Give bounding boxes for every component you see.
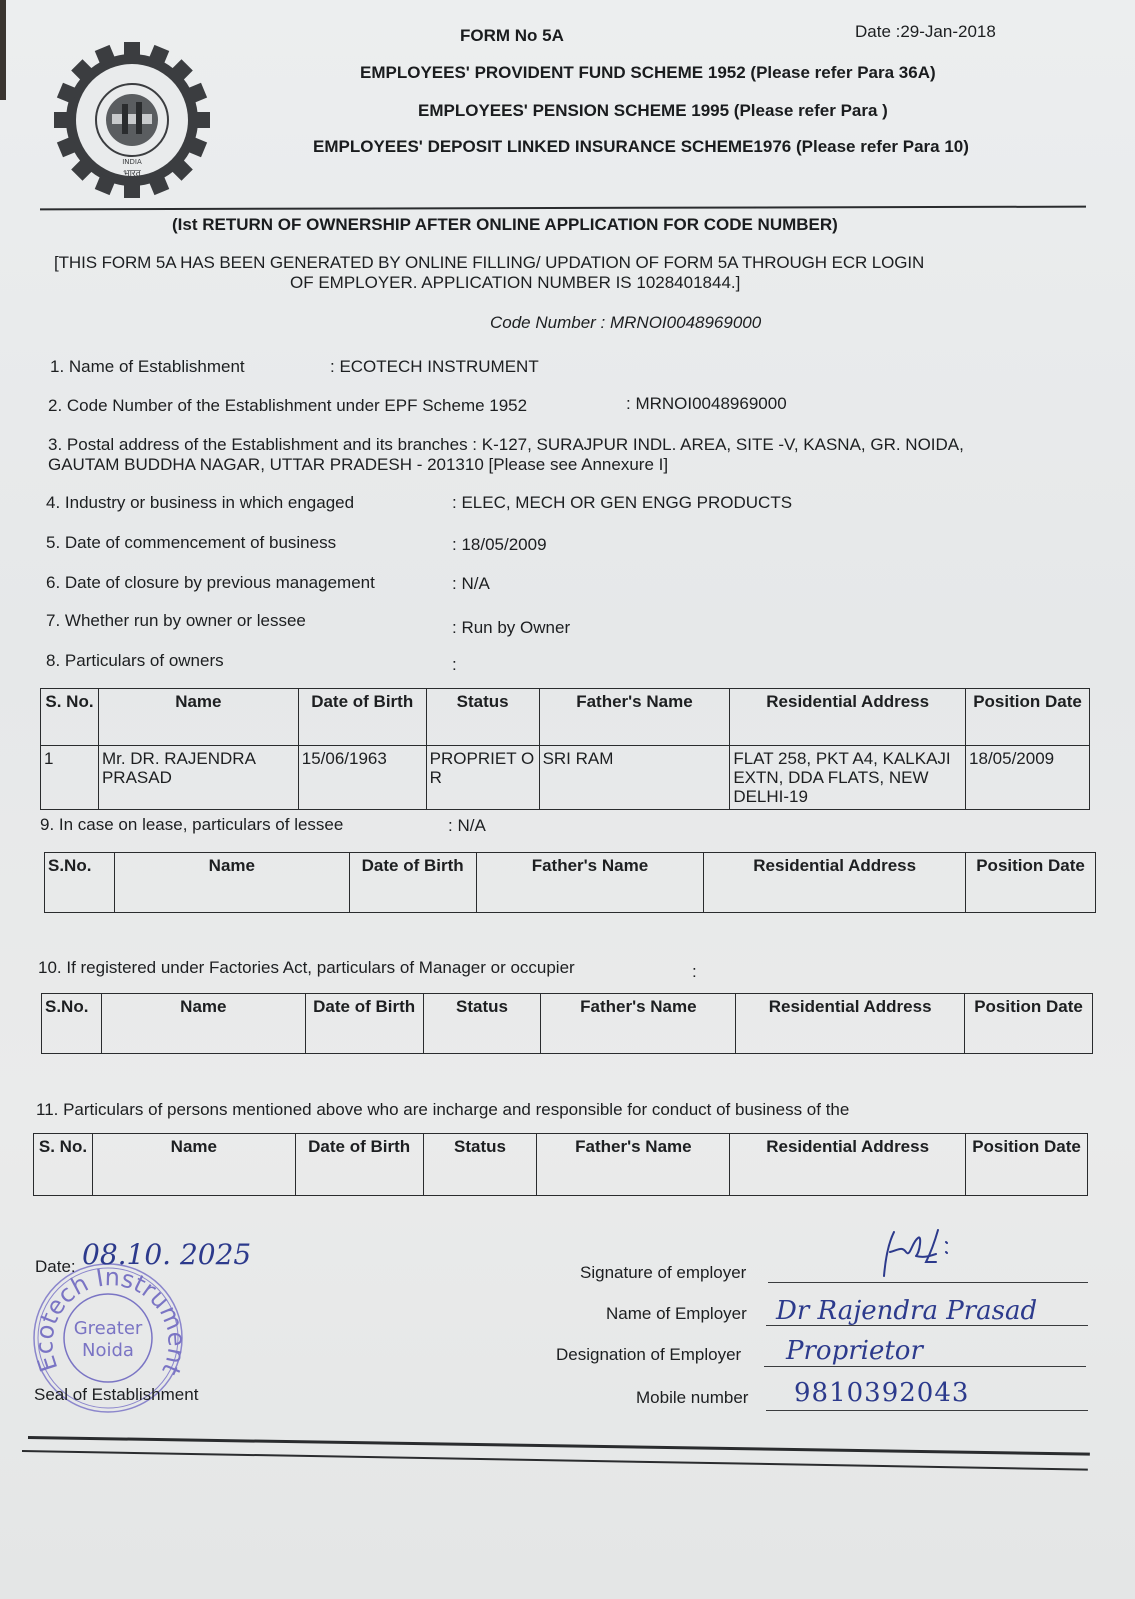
col-header-father-name: Father's Name bbox=[541, 994, 736, 1054]
col-header-dob: Date of Birth bbox=[349, 853, 476, 913]
form-number: FORM No 5A bbox=[460, 26, 564, 46]
factories-label: 10. If registered under Factories Act, p… bbox=[38, 958, 575, 978]
col-header-dob: Date of Birth bbox=[295, 1134, 423, 1196]
col-header-address: Residential Address bbox=[730, 1134, 966, 1196]
cell-status: PROPRIET OR bbox=[426, 746, 539, 810]
col-header-position-date: Position Date bbox=[966, 689, 1090, 746]
col-header-status: Status bbox=[423, 994, 541, 1054]
col-header-sno: S. No. bbox=[34, 1134, 93, 1196]
signature-ink-icon bbox=[876, 1222, 966, 1280]
factories-value: : bbox=[692, 962, 697, 982]
signature-line bbox=[768, 1282, 1088, 1283]
table-row: 1 Mr. DR. RAJENDRA PRASAD 15/06/1963 PRO… bbox=[41, 746, 1090, 810]
form-page: INDIA भारत FORM No 5A Date :29-Jan-2018 … bbox=[0, 0, 1135, 1599]
field-label-postal-address: 3. Postal address of the Establishment a… bbox=[48, 435, 964, 455]
field-label-owners: 8. Particulars of owners bbox=[46, 651, 224, 671]
form-subtitle: (Ist RETURN OF OWNERSHIP AFTER ONLINE AP… bbox=[172, 215, 838, 235]
mobile-label: Mobile number bbox=[636, 1388, 748, 1408]
lessee-table: S.No. Name Date of Birth Father's Name R… bbox=[44, 852, 1096, 913]
cell-dob: 15/06/1963 bbox=[298, 746, 426, 810]
lessee-label: 9. In case on lease, particulars of less… bbox=[40, 815, 343, 835]
generation-notice-line2: OF EMPLOYER. APPLICATION NUMBER IS 10284… bbox=[290, 273, 740, 293]
employer-name-label: Name of Employer bbox=[606, 1304, 747, 1324]
field-label-industry: 4. Industry or business in which engaged bbox=[46, 493, 354, 513]
col-header-sno: S.No. bbox=[42, 994, 102, 1054]
code-number: Code Number : MRNOI0048969000 bbox=[490, 313, 761, 333]
field-value-postal-address: GAUTAM BUDDHA NAGAR, UTTAR PRADESH - 201… bbox=[48, 455, 668, 475]
field-value-industry: : ELEC, MECH OR GEN ENGG PRODUCTS bbox=[452, 493, 792, 513]
col-header-sno: S.No. bbox=[45, 853, 115, 913]
field-label-run-by: 7. Whether run by owner or lessee bbox=[46, 611, 306, 631]
field-value-code-number: : MRNOI0048969000 bbox=[626, 394, 787, 414]
svg-text:भारत: भारत bbox=[123, 169, 141, 179]
employer-name-handwritten: Dr Rajendra Prasad bbox=[776, 1296, 1037, 1326]
col-header-status: Status bbox=[423, 1134, 537, 1196]
col-header-address: Residential Address bbox=[736, 994, 965, 1054]
col-header-name: Name bbox=[114, 853, 349, 913]
col-header-address: Residential Address bbox=[704, 853, 966, 913]
incharge-table-header: S. No. Name Date of Birth Status Father'… bbox=[34, 1134, 1088, 1196]
scheme-line-edli: EMPLOYEES' DEPOSIT LINKED INSURANCE SCHE… bbox=[313, 137, 969, 157]
designation-handwritten: Proprietor bbox=[786, 1336, 923, 1366]
cell-father-name: SRI RAM bbox=[539, 746, 730, 810]
owners-table-header: S. No. Name Date of Birth Status Father'… bbox=[41, 689, 1090, 746]
date-handwritten-value: 08.10. 2025 bbox=[82, 1238, 251, 1271]
col-header-position-date: Position Date bbox=[966, 853, 1096, 913]
field-value-closure-date: : N/A bbox=[452, 574, 490, 594]
col-header-father-name: Father's Name bbox=[539, 689, 730, 746]
svg-text:INDIA: INDIA bbox=[122, 158, 142, 166]
lessee-value: : N/A bbox=[448, 816, 486, 836]
designation-label: Designation of Employer bbox=[556, 1345, 741, 1365]
field-value-owners: : bbox=[452, 655, 457, 675]
field-value-commencement-date: : 18/05/2009 bbox=[452, 535, 547, 555]
field-label-establishment-name: 1. Name of Establishment bbox=[50, 357, 245, 377]
mobile-handwritten: 9810392043 bbox=[794, 1378, 969, 1408]
seal-center-line2: Noida bbox=[82, 1340, 134, 1361]
cell-name: Mr. DR. RAJENDRA PRASAD bbox=[98, 746, 298, 810]
factories-table-header: S.No. Name Date of Birth Status Father's… bbox=[42, 994, 1093, 1054]
field-value-run-by: : Run by Owner bbox=[452, 618, 570, 638]
col-header-address: Residential Address bbox=[730, 689, 966, 746]
col-header-position-date: Position Date bbox=[965, 994, 1093, 1054]
mobile-line bbox=[766, 1410, 1088, 1411]
designation-line bbox=[764, 1366, 1086, 1367]
col-header-dob: Date of Birth bbox=[305, 994, 423, 1054]
factories-table: S.No. Name Date of Birth Status Father's… bbox=[41, 993, 1093, 1054]
col-header-father-name: Father's Name bbox=[476, 853, 704, 913]
field-label-commencement-date: 5. Date of commencement of business bbox=[46, 533, 336, 553]
incharge-label: 11. Particulars of persons mentioned abo… bbox=[36, 1100, 849, 1120]
col-header-sno: S. No. bbox=[41, 689, 99, 746]
scheme-line-epf: EMPLOYEES' PROVIDENT FUND SCHEME 1952 (P… bbox=[360, 63, 936, 83]
field-label-code-number: 2. Code Number of the Establishment unde… bbox=[48, 396, 527, 416]
cell-address: FLAT 258, PKT A4, KALKAJI EXTN, DDA FLAT… bbox=[730, 746, 966, 810]
seal-label: Seal of Establishment bbox=[34, 1385, 198, 1405]
date-label: Date: bbox=[35, 1257, 76, 1277]
generation-notice-line1: [THIS FORM 5A HAS BEEN GENERATED BY ONLI… bbox=[54, 253, 924, 273]
col-header-status: Status bbox=[426, 689, 539, 746]
col-header-dob: Date of Birth bbox=[298, 689, 426, 746]
page-edge-shadow bbox=[0, 0, 6, 100]
epfo-emblem-icon: INDIA भारत bbox=[52, 40, 212, 200]
field-label-closure-date: 6. Date of closure by previous managemen… bbox=[46, 573, 375, 593]
col-header-name: Name bbox=[101, 994, 305, 1054]
signature-label: Signature of employer bbox=[580, 1263, 746, 1283]
form-date: Date :29-Jan-2018 bbox=[855, 22, 996, 42]
col-header-position-date: Position Date bbox=[966, 1134, 1088, 1196]
owners-table: S. No. Name Date of Birth Status Father'… bbox=[40, 688, 1090, 810]
cell-sno: 1 bbox=[41, 746, 99, 810]
seal-center-line1: Greater bbox=[74, 1318, 143, 1339]
incharge-table: S. No. Name Date of Birth Status Father'… bbox=[33, 1133, 1088, 1196]
cell-position-date: 18/05/2009 bbox=[966, 746, 1090, 810]
col-header-father-name: Father's Name bbox=[537, 1134, 730, 1196]
field-value-establishment-name: : ECOTECH INSTRUMENT bbox=[330, 357, 539, 377]
header-divider bbox=[40, 206, 1086, 211]
scheme-line-eps: EMPLOYEES' PENSION SCHEME 1995 (Please r… bbox=[418, 101, 888, 121]
lessee-table-header: S.No. Name Date of Birth Father's Name R… bbox=[45, 853, 1096, 913]
col-header-name: Name bbox=[92, 1134, 295, 1196]
col-header-name: Name bbox=[98, 689, 298, 746]
